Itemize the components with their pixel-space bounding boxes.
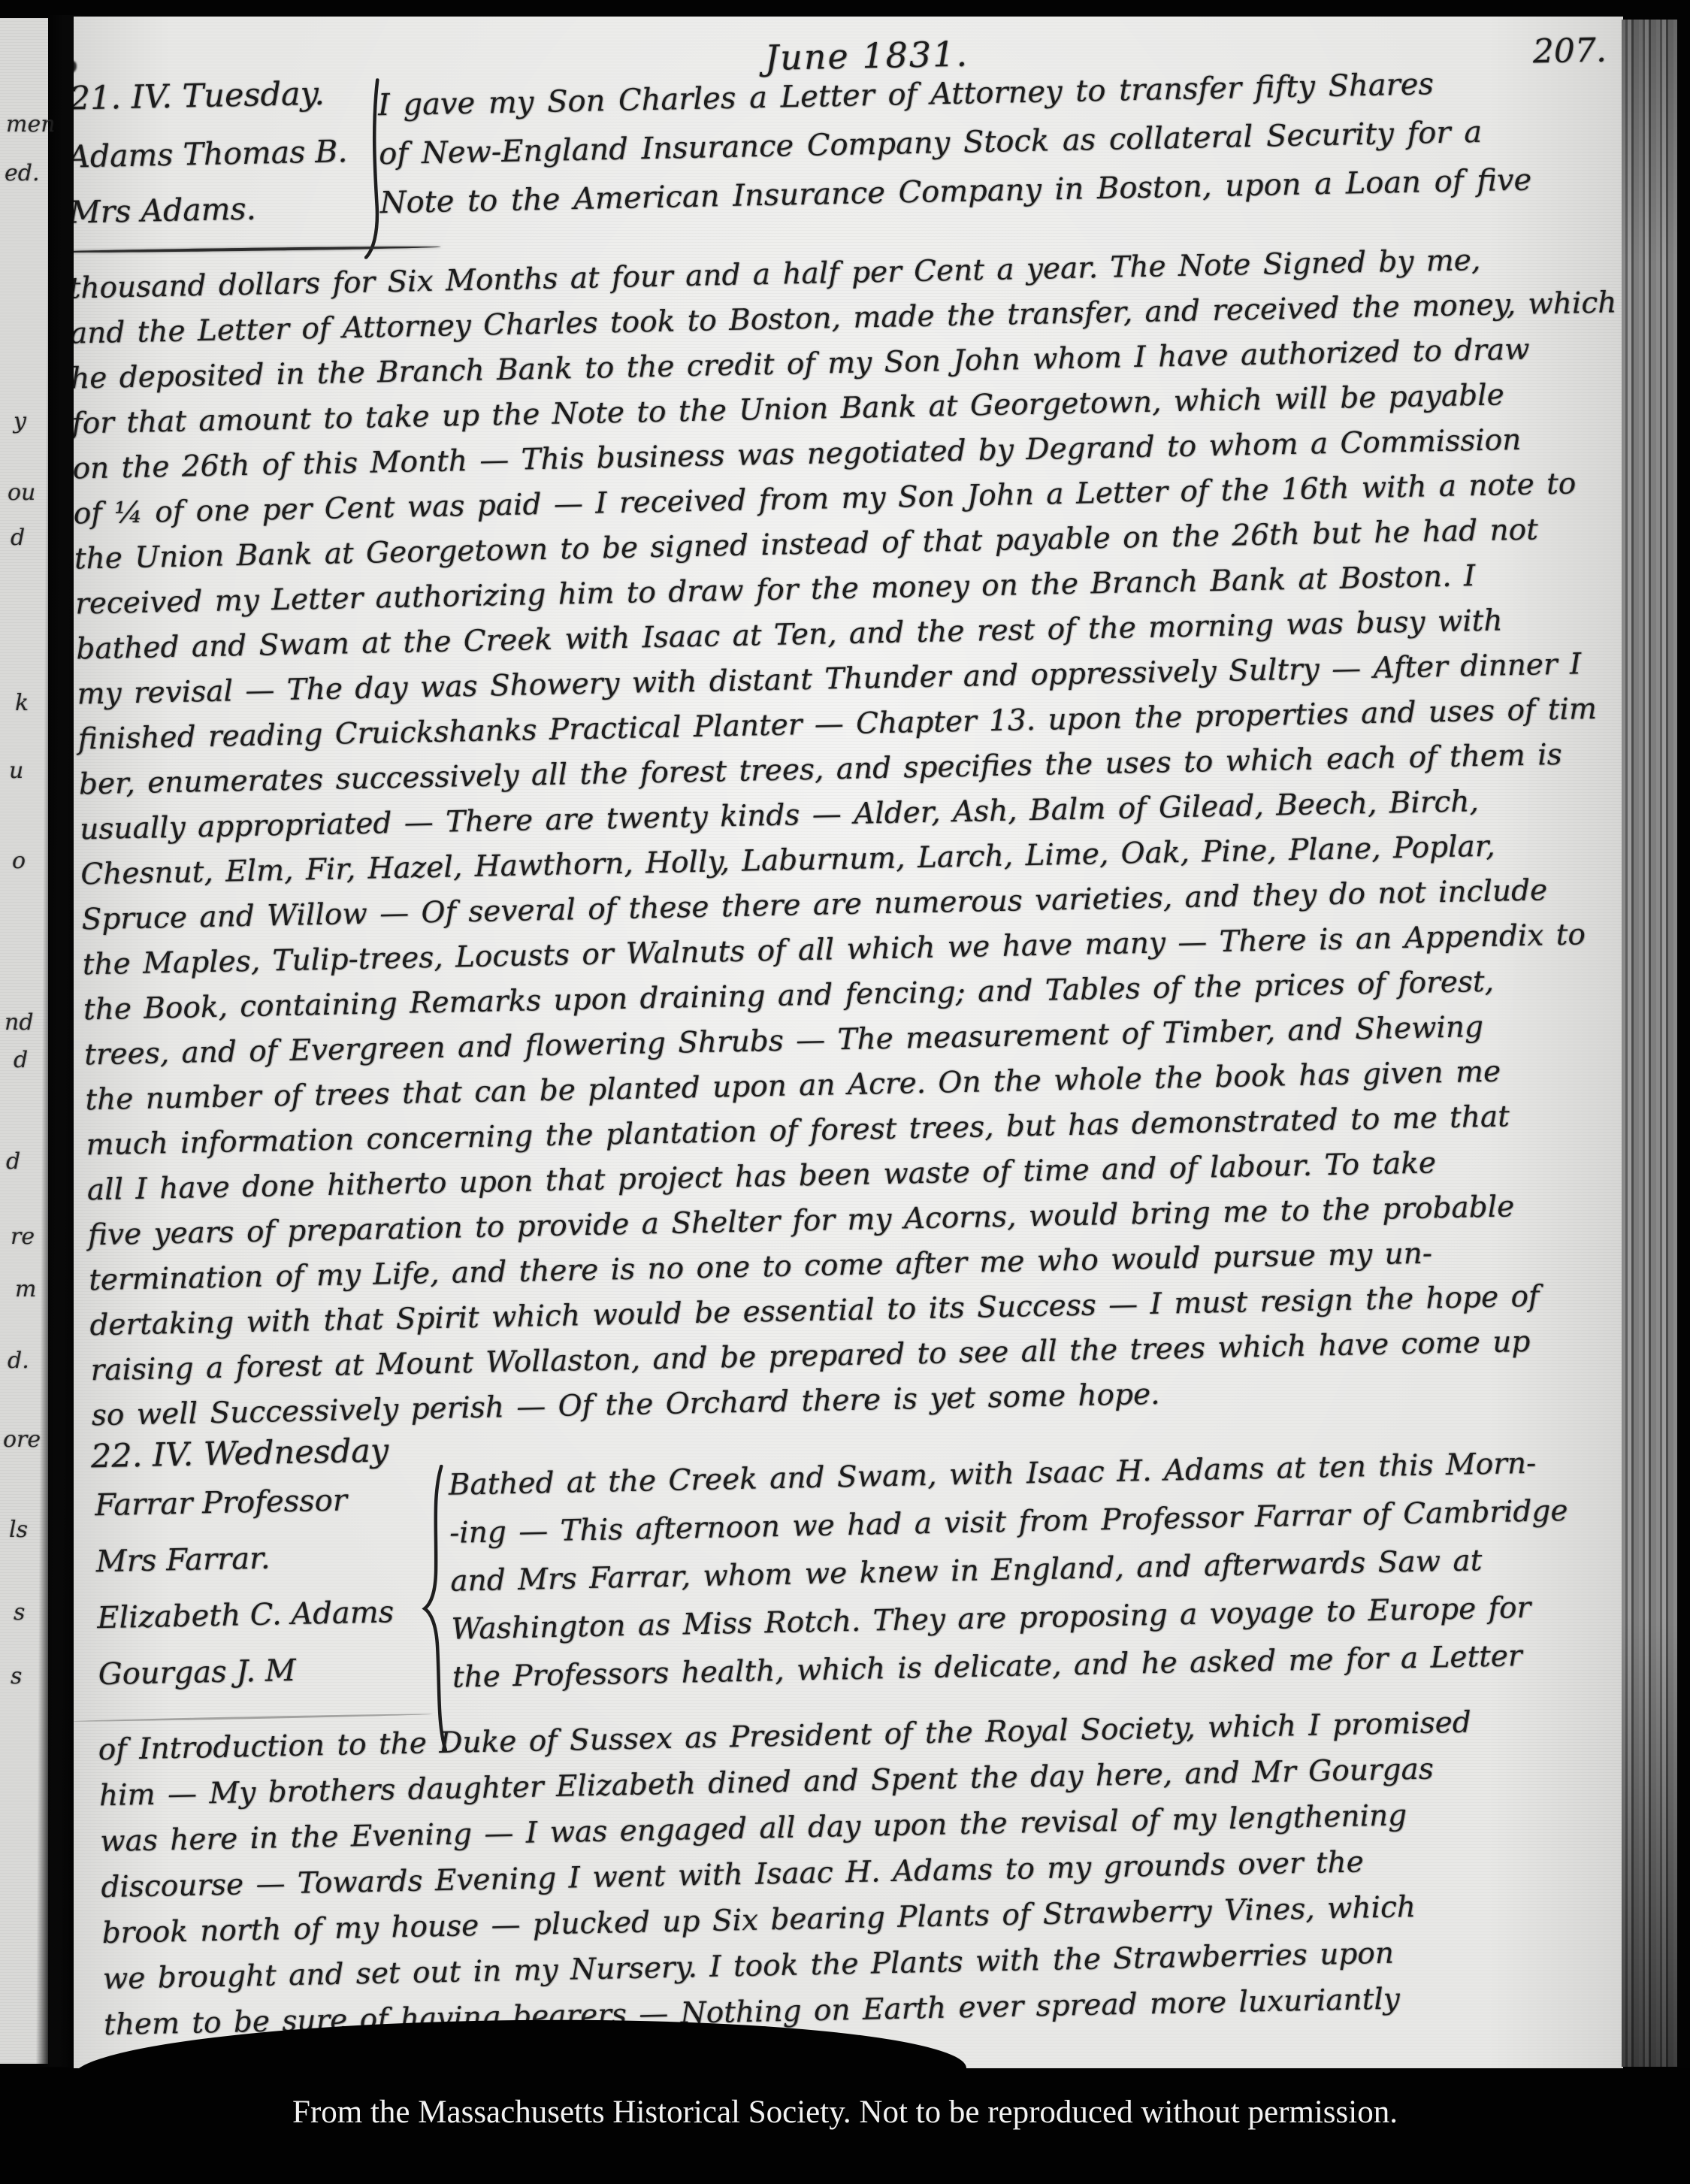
entry-22-date-heading: 22. IV. Wednesday — [90, 1432, 388, 1475]
facing-page-fragment: s — [11, 1663, 22, 1689]
facing-page-fragment: d. — [8, 1348, 29, 1374]
entry-22-intro-lines: Bathed at the Creek and Swam, with Isaac… — [448, 1439, 1571, 1702]
book-fore-edge — [1622, 20, 1677, 2067]
facing-page-fragment: ore — [3, 1426, 41, 1453]
facing-page-fragment: ed. — [5, 160, 40, 186]
facing-page-fragment: u — [9, 758, 23, 784]
entry-21-body-lines: thousand dollars for Six Months at four … — [74, 235, 1623, 1438]
facing-page-fragment: k — [15, 690, 29, 716]
facing-page-fragment: ou — [8, 479, 35, 506]
page-content: June 1831. 207. 21. IV. Tuesday. Adams T… — [74, 17, 1623, 2068]
page-number: 207. — [1532, 31, 1607, 71]
ink-smudge — [74, 59, 77, 76]
facing-page-fragment: o — [12, 848, 26, 874]
facing-page-fragment: re — [11, 1224, 35, 1250]
facing-page-fragment: ls — [9, 1517, 28, 1543]
entry-21-intro-lines: I gave my Son Charles a Letter of Attorn… — [377, 59, 1532, 228]
entry-21-date-heading: 21. IV. Tuesday. — [74, 75, 325, 118]
entry-22-body-lines: of Introduction to the Duke of Sussex as… — [98, 1700, 1477, 2049]
facing-page-fragment: d — [14, 1047, 28, 1073]
entry-22-margin-name: Elizabeth C. Adams — [97, 1595, 395, 1635]
diary-page: June 1831. 207. 21. IV. Tuesday. Adams T… — [74, 17, 1623, 2068]
facing-page-fragment: d — [6, 1148, 20, 1175]
facing-page-fragment: nd — [5, 1009, 34, 1036]
footer-credit: From the Massachusetts Historical Societ… — [0, 2094, 1690, 2131]
entry-22-margin-name: Farrar Professor — [95, 1483, 348, 1523]
entry-21-margin-name: Mrs Adams. — [74, 191, 256, 231]
facing-page-fragment: y — [14, 408, 26, 434]
facing-page-fragment: d — [11, 525, 25, 551]
facing-page-fragment: m — [15, 1276, 36, 1302]
entry-22-margin-name: Mrs Farrar. — [95, 1541, 271, 1580]
entry-21-margin-name: Adams Thomas B. — [74, 133, 348, 174]
entry-22-margin-name: Gourgas J. M — [98, 1653, 296, 1692]
facing-page-fragment: s — [14, 1599, 25, 1626]
